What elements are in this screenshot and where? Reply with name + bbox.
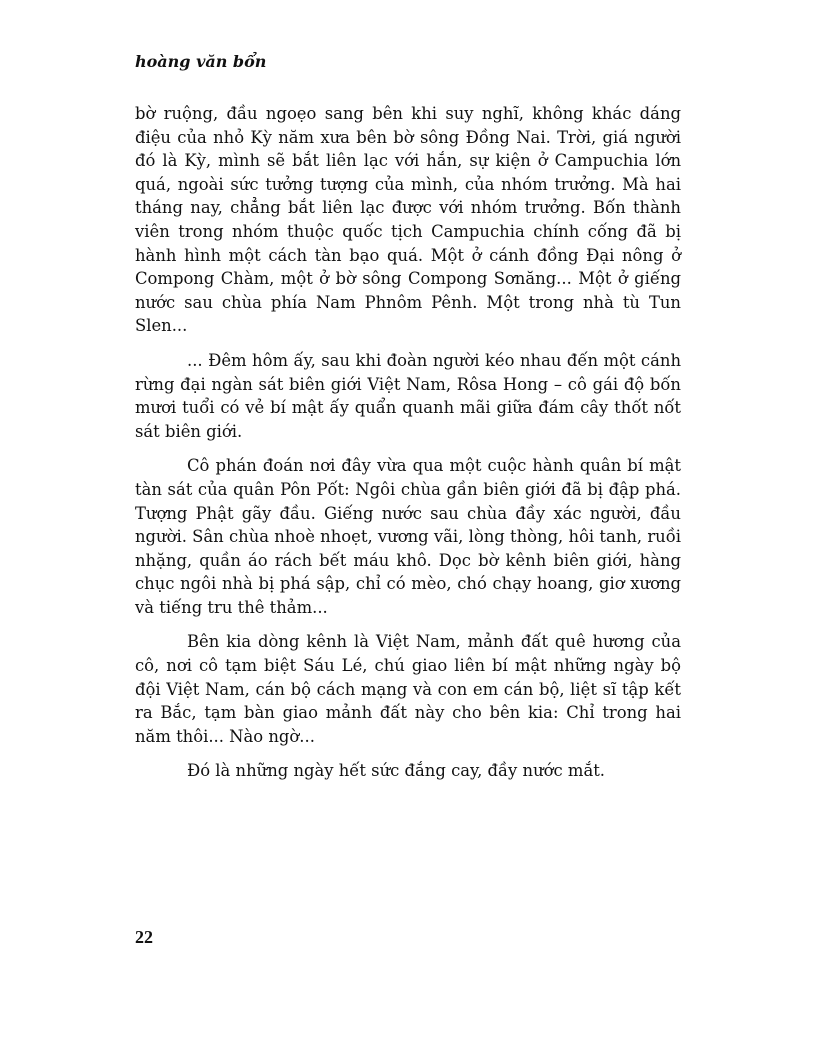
- paragraph-3: Cô phán đoán nơi đây vừa qua một cuộc hà…: [135, 454, 681, 619]
- paragraph-5: Đó là những ngày hết sức đắng cay, đầy n…: [135, 759, 681, 783]
- book-page: hoàng văn bổn bờ ruộng, đầu ngoẹo sang b…: [0, 0, 816, 1056]
- page-number: 22: [135, 927, 153, 948]
- paragraph-2: ... Đêm hôm ấy, sau khi đoàn người kéo n…: [135, 349, 681, 443]
- running-head-author: hoàng văn bổn: [135, 52, 266, 71]
- paragraph-1: bờ ruộng, đầu ngoẹo sang bên khi suy ngh…: [135, 102, 681, 338]
- paragraph-4: Bên kia dòng kênh là Việt Nam, mảnh đất …: [135, 630, 681, 748]
- body-text: bờ ruộng, đầu ngoẹo sang bên khi suy ngh…: [135, 102, 681, 794]
